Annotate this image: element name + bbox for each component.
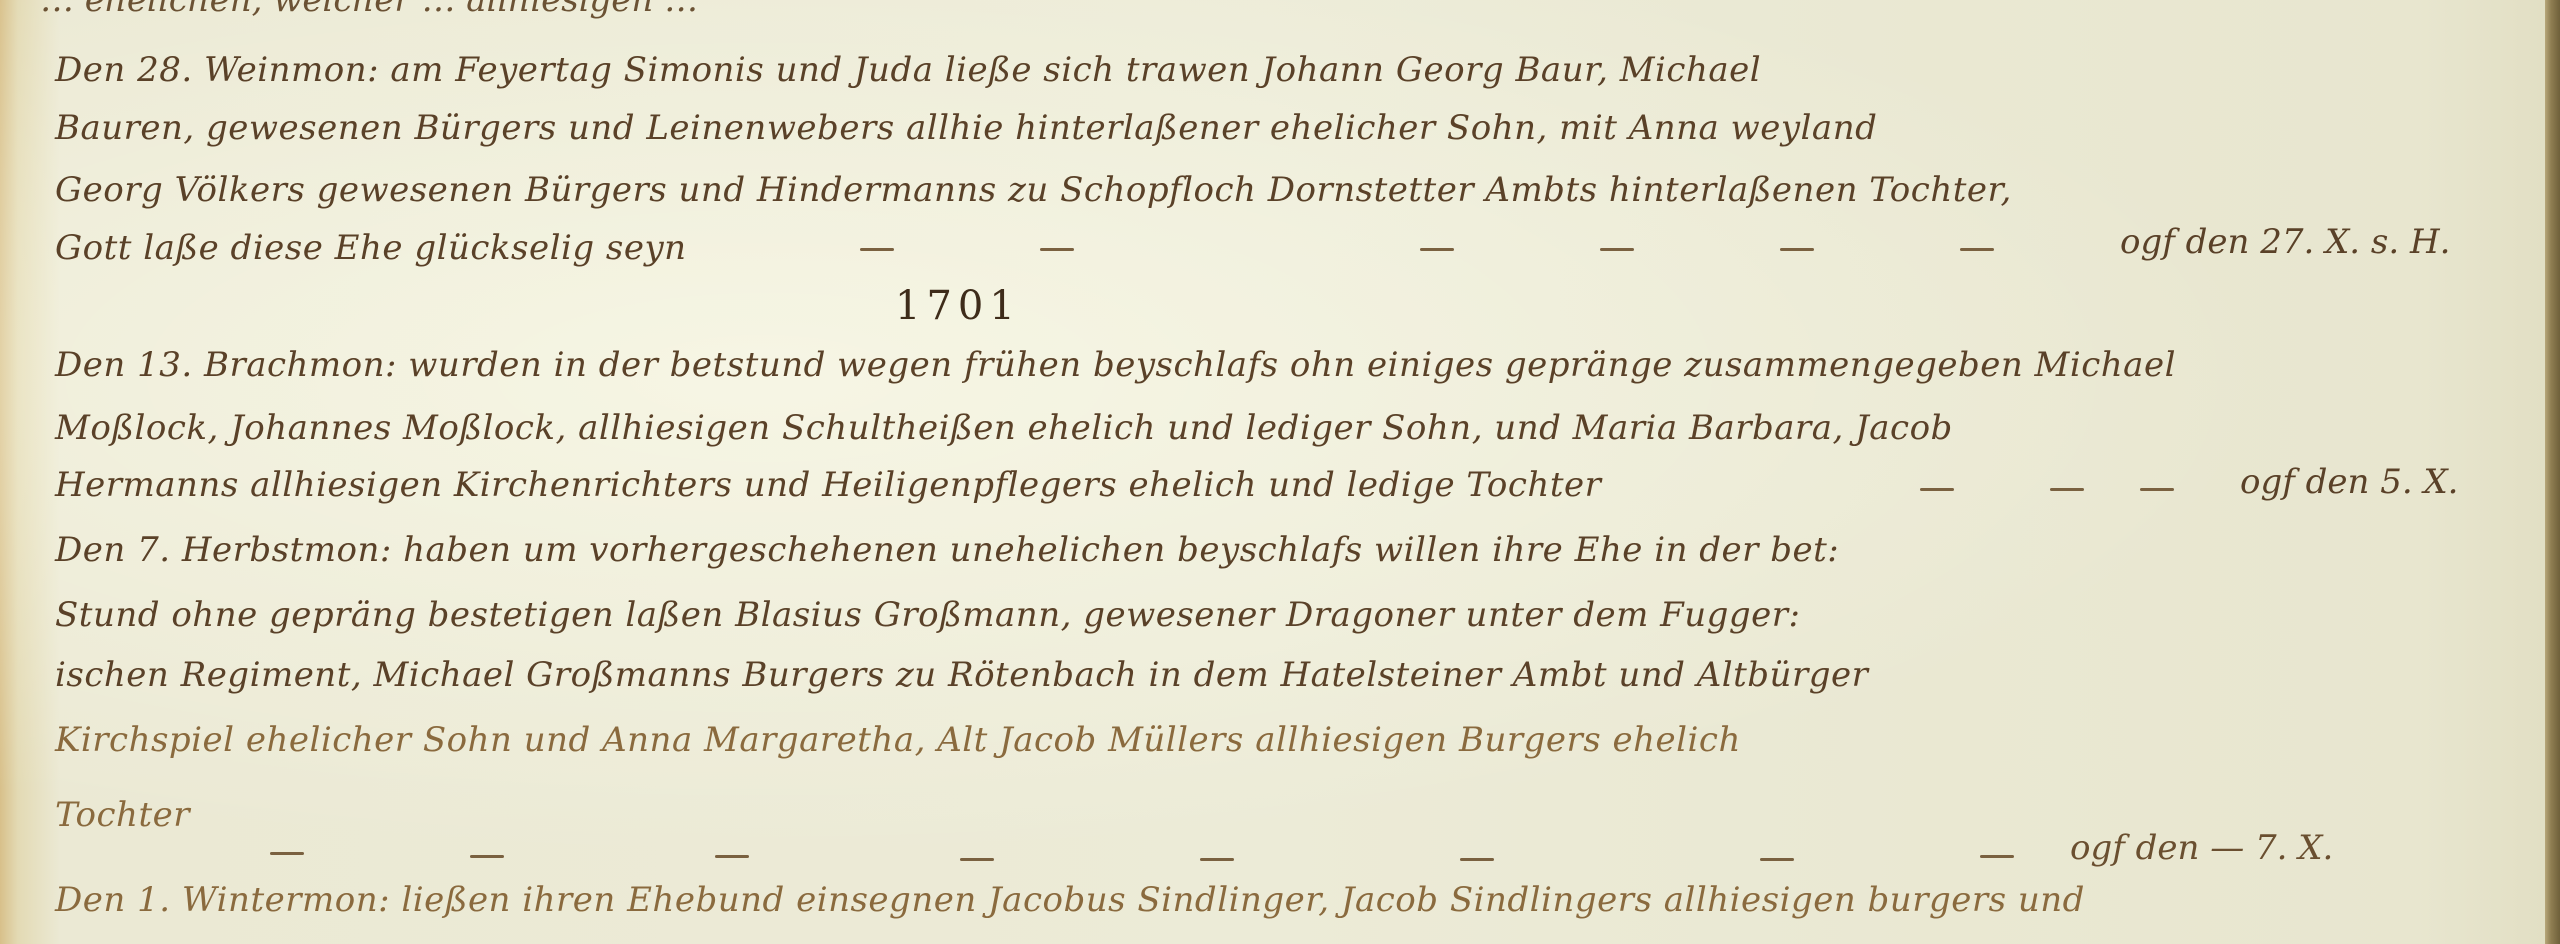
filler-dash bbox=[1600, 248, 1634, 251]
entry-1-line-4: Gott laße diese Ehe glückselig seyn bbox=[55, 228, 745, 268]
filler-dash bbox=[1040, 248, 1074, 251]
entry-1-line-3: Georg Völkers gewesenen Bürgers und Hind… bbox=[55, 170, 2505, 210]
entry-3-line-2: Stund ohne gepräng bestetigen laßen Blas… bbox=[55, 595, 2505, 635]
filler-dash bbox=[1760, 858, 1794, 861]
filler-dash bbox=[860, 248, 894, 251]
year-heading: 1701 bbox=[895, 283, 1021, 329]
page-binding-edge bbox=[2545, 0, 2560, 944]
filler-dash bbox=[2050, 488, 2084, 491]
entry-2-line-3: Hermanns allhiesigen Kirchenrichters und… bbox=[55, 465, 1645, 505]
filler-dash bbox=[1200, 858, 1234, 861]
filler-dash bbox=[1980, 855, 2014, 858]
filler-dash bbox=[1420, 248, 1454, 251]
entry-4-line-1: Den 1. Wintermon: ließen ihren Ehebund e… bbox=[55, 880, 2505, 920]
entry-3-line-4: Kirchspiel ehelicher Sohn und Anna Marga… bbox=[55, 720, 2505, 760]
filler-dash bbox=[1460, 858, 1494, 861]
filler-dash bbox=[270, 852, 304, 855]
entry-1-line-1: Den 28. Weinmon: am Feyertag Simonis und… bbox=[55, 50, 2505, 90]
filler-dash bbox=[2140, 488, 2174, 491]
filler-dash bbox=[715, 855, 749, 858]
entry-3-line-3: ischen Regiment, Michael Großmanns Burge… bbox=[55, 655, 2505, 695]
filler-dash bbox=[960, 858, 994, 861]
entry-3-proclamation-note: ogf den — 7. X. bbox=[2070, 828, 2333, 868]
entry-1-proclamation-note: ogf den 27. X. s. H. bbox=[2120, 222, 2450, 262]
filler-dash bbox=[1960, 248, 1994, 251]
filler-dash bbox=[1920, 488, 1954, 491]
entry-3-line-1: Den 7. Herbstmon: haben um vorhergescheh… bbox=[55, 530, 2505, 570]
entry-1-line-2: Bauren, gewesenen Bürgers und Leinenwebe… bbox=[55, 108, 2505, 148]
entry-2-line-2: Moßlock, Johannes Moßlock, allhiesigen S… bbox=[55, 408, 2505, 448]
entry-2-proclamation-note: ogf den 5. X. bbox=[2240, 462, 2458, 502]
entry-2-line-1: Den 13. Brachmon: wurden in der betstund… bbox=[55, 345, 2505, 385]
filler-dash bbox=[470, 855, 504, 858]
filler-dash bbox=[1780, 248, 1814, 251]
entry-3-line-5: Tochter bbox=[55, 795, 245, 835]
cut-off-top-line: … ehelichen, welcher … allhiesigen … bbox=[40, 0, 698, 20]
manuscript-page: … ehelichen, welcher … allhiesigen … Den… bbox=[0, 0, 2545, 944]
